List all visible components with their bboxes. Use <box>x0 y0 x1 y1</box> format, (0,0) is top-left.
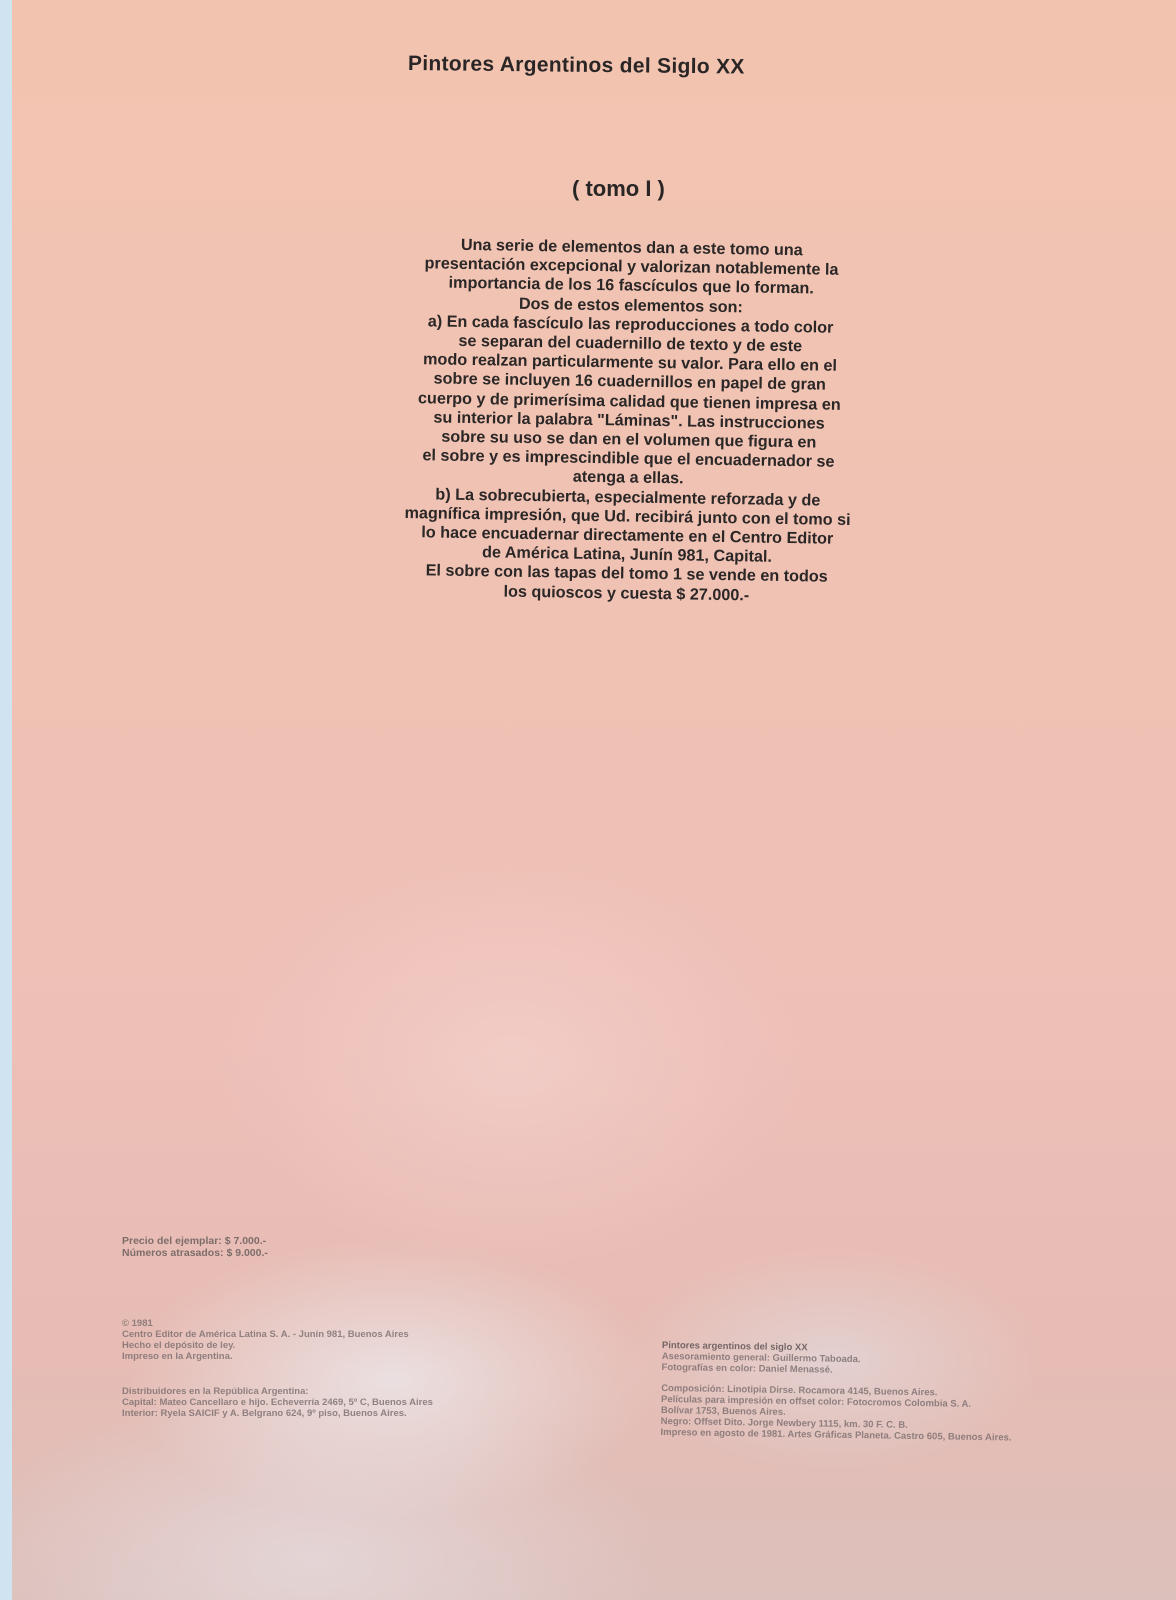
printed-in: Impreso en la Argentina. <box>122 1351 409 1362</box>
price-info: Precio del ejemplar: $ 7.000.- Números a… <box>122 1235 268 1259</box>
back-cover-page: Pintores Argentinos del Siglo XX ( tomo … <box>12 0 1176 1600</box>
distributors: Distribuidores en la República Argentina… <box>122 1386 433 1419</box>
description-text: Una serie de elementos dan a este tomo u… <box>336 234 922 608</box>
distributor-interior: Interior: Ryela SAICIF y A. Belgrano 624… <box>122 1408 433 1419</box>
copyright: © 1981 <box>122 1318 409 1329</box>
distributor-capital: Capital: Mateo Cancellaro e hijo. Echeve… <box>122 1397 433 1408</box>
publisher-address: Centro Editor de América Latina S. A. - … <box>122 1329 409 1340</box>
distributors-title: Distribuidores en la República Argentina… <box>122 1386 433 1397</box>
series-title: Pintores Argentinos del Siglo XX <box>408 52 745 80</box>
copy-price: Precio del ejemplar: $ 7.000.- <box>122 1235 268 1247</box>
volume-label: ( tomo I ) <box>572 176 665 202</box>
legal-deposit: Hecho el depósito de ley. <box>122 1340 409 1351</box>
production-credits: Pintores argentinos del siglo XX Asesora… <box>660 1340 1012 1444</box>
publisher-credits: © 1981 Centro Editor de América Latina S… <box>122 1318 409 1362</box>
back-issues-price: Números atrasados: $ 9.000.- <box>122 1247 268 1259</box>
